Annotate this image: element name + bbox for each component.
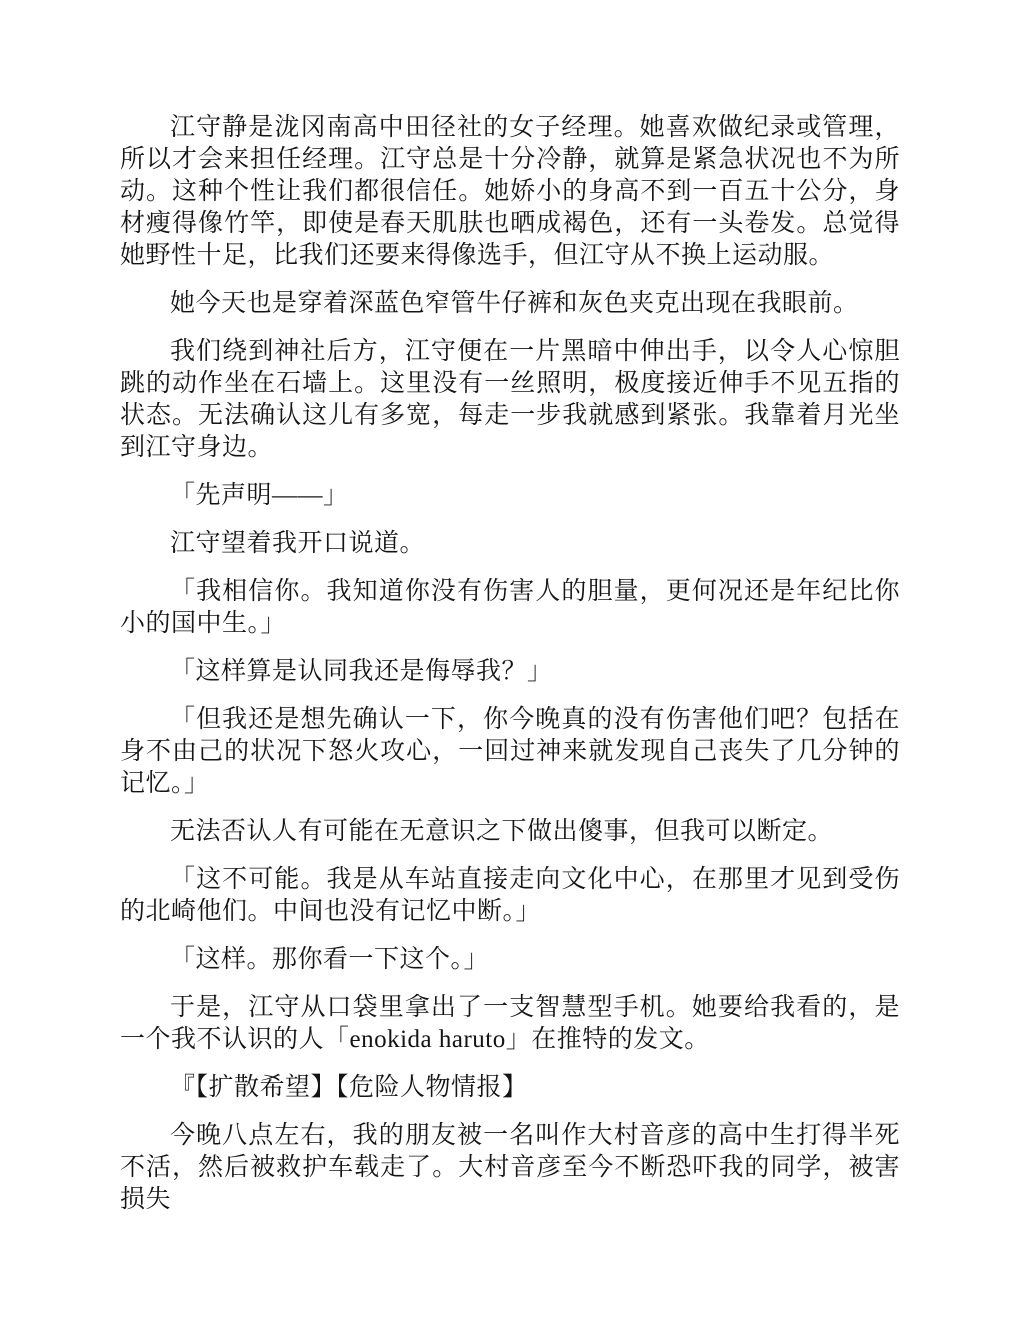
paragraph: 我们绕到神社后方，江守便在一片黑暗中伸出手，以令人心惊胆跳的动作坐在石墙上。这里…: [120, 336, 900, 464]
paragraph-dialogue: 「这样。那你看一下这个。」: [120, 944, 900, 976]
paragraph-dialogue: 「这不可能。我是从车站直接走向文化中心，在那里才见到受伤的北崎他们。中间也没有记…: [120, 864, 900, 928]
paragraph-dialogue: 「这样算是认同我还是侮辱我？」: [120, 656, 900, 688]
paragraph: 于是，江守从口袋里拿出了一支智慧型手机。她要给我看的，是一个我不认识的人「eno…: [120, 992, 900, 1056]
paragraph-tweet-body: 今晚八点左右，我的朋友被一名叫作大村音彦的高中生打得半死不活，然后被救护车载走了…: [120, 1120, 900, 1216]
paragraph-dialogue: 「先声明——」: [120, 480, 900, 512]
paragraph-dialogue: 「我相信你。我知道你没有伤害人的胆量，更何况还是年纪比你小的国中生。」: [120, 576, 900, 640]
paragraph: 她今天也是穿着深蓝色窄管牛仔裤和灰色夹克出现在我眼前。: [120, 288, 900, 320]
paragraph: 江守静是泷冈南高中田径社的女子经理。她喜欢做纪录或管理，所以才会来担任经理。江守…: [120, 112, 900, 272]
paragraph: 无法否认人有可能在无意识之下做出傻事，但我可以断定。: [120, 816, 900, 848]
paragraph-dialogue: 「但我还是想先确认一下，你今晚真的没有伤害他们吧？包括在身不由己的状况下怒火攻心…: [120, 704, 900, 800]
paragraph-tweet-header: 『【扩散希望】【危险人物情报】: [120, 1072, 900, 1104]
book-page: 江守静是泷冈南高中田径社的女子经理。她喜欢做纪录或管理，所以才会来担任经理。江守…: [120, 112, 900, 1216]
paragraph: 江守望着我开口说道。: [120, 528, 900, 560]
